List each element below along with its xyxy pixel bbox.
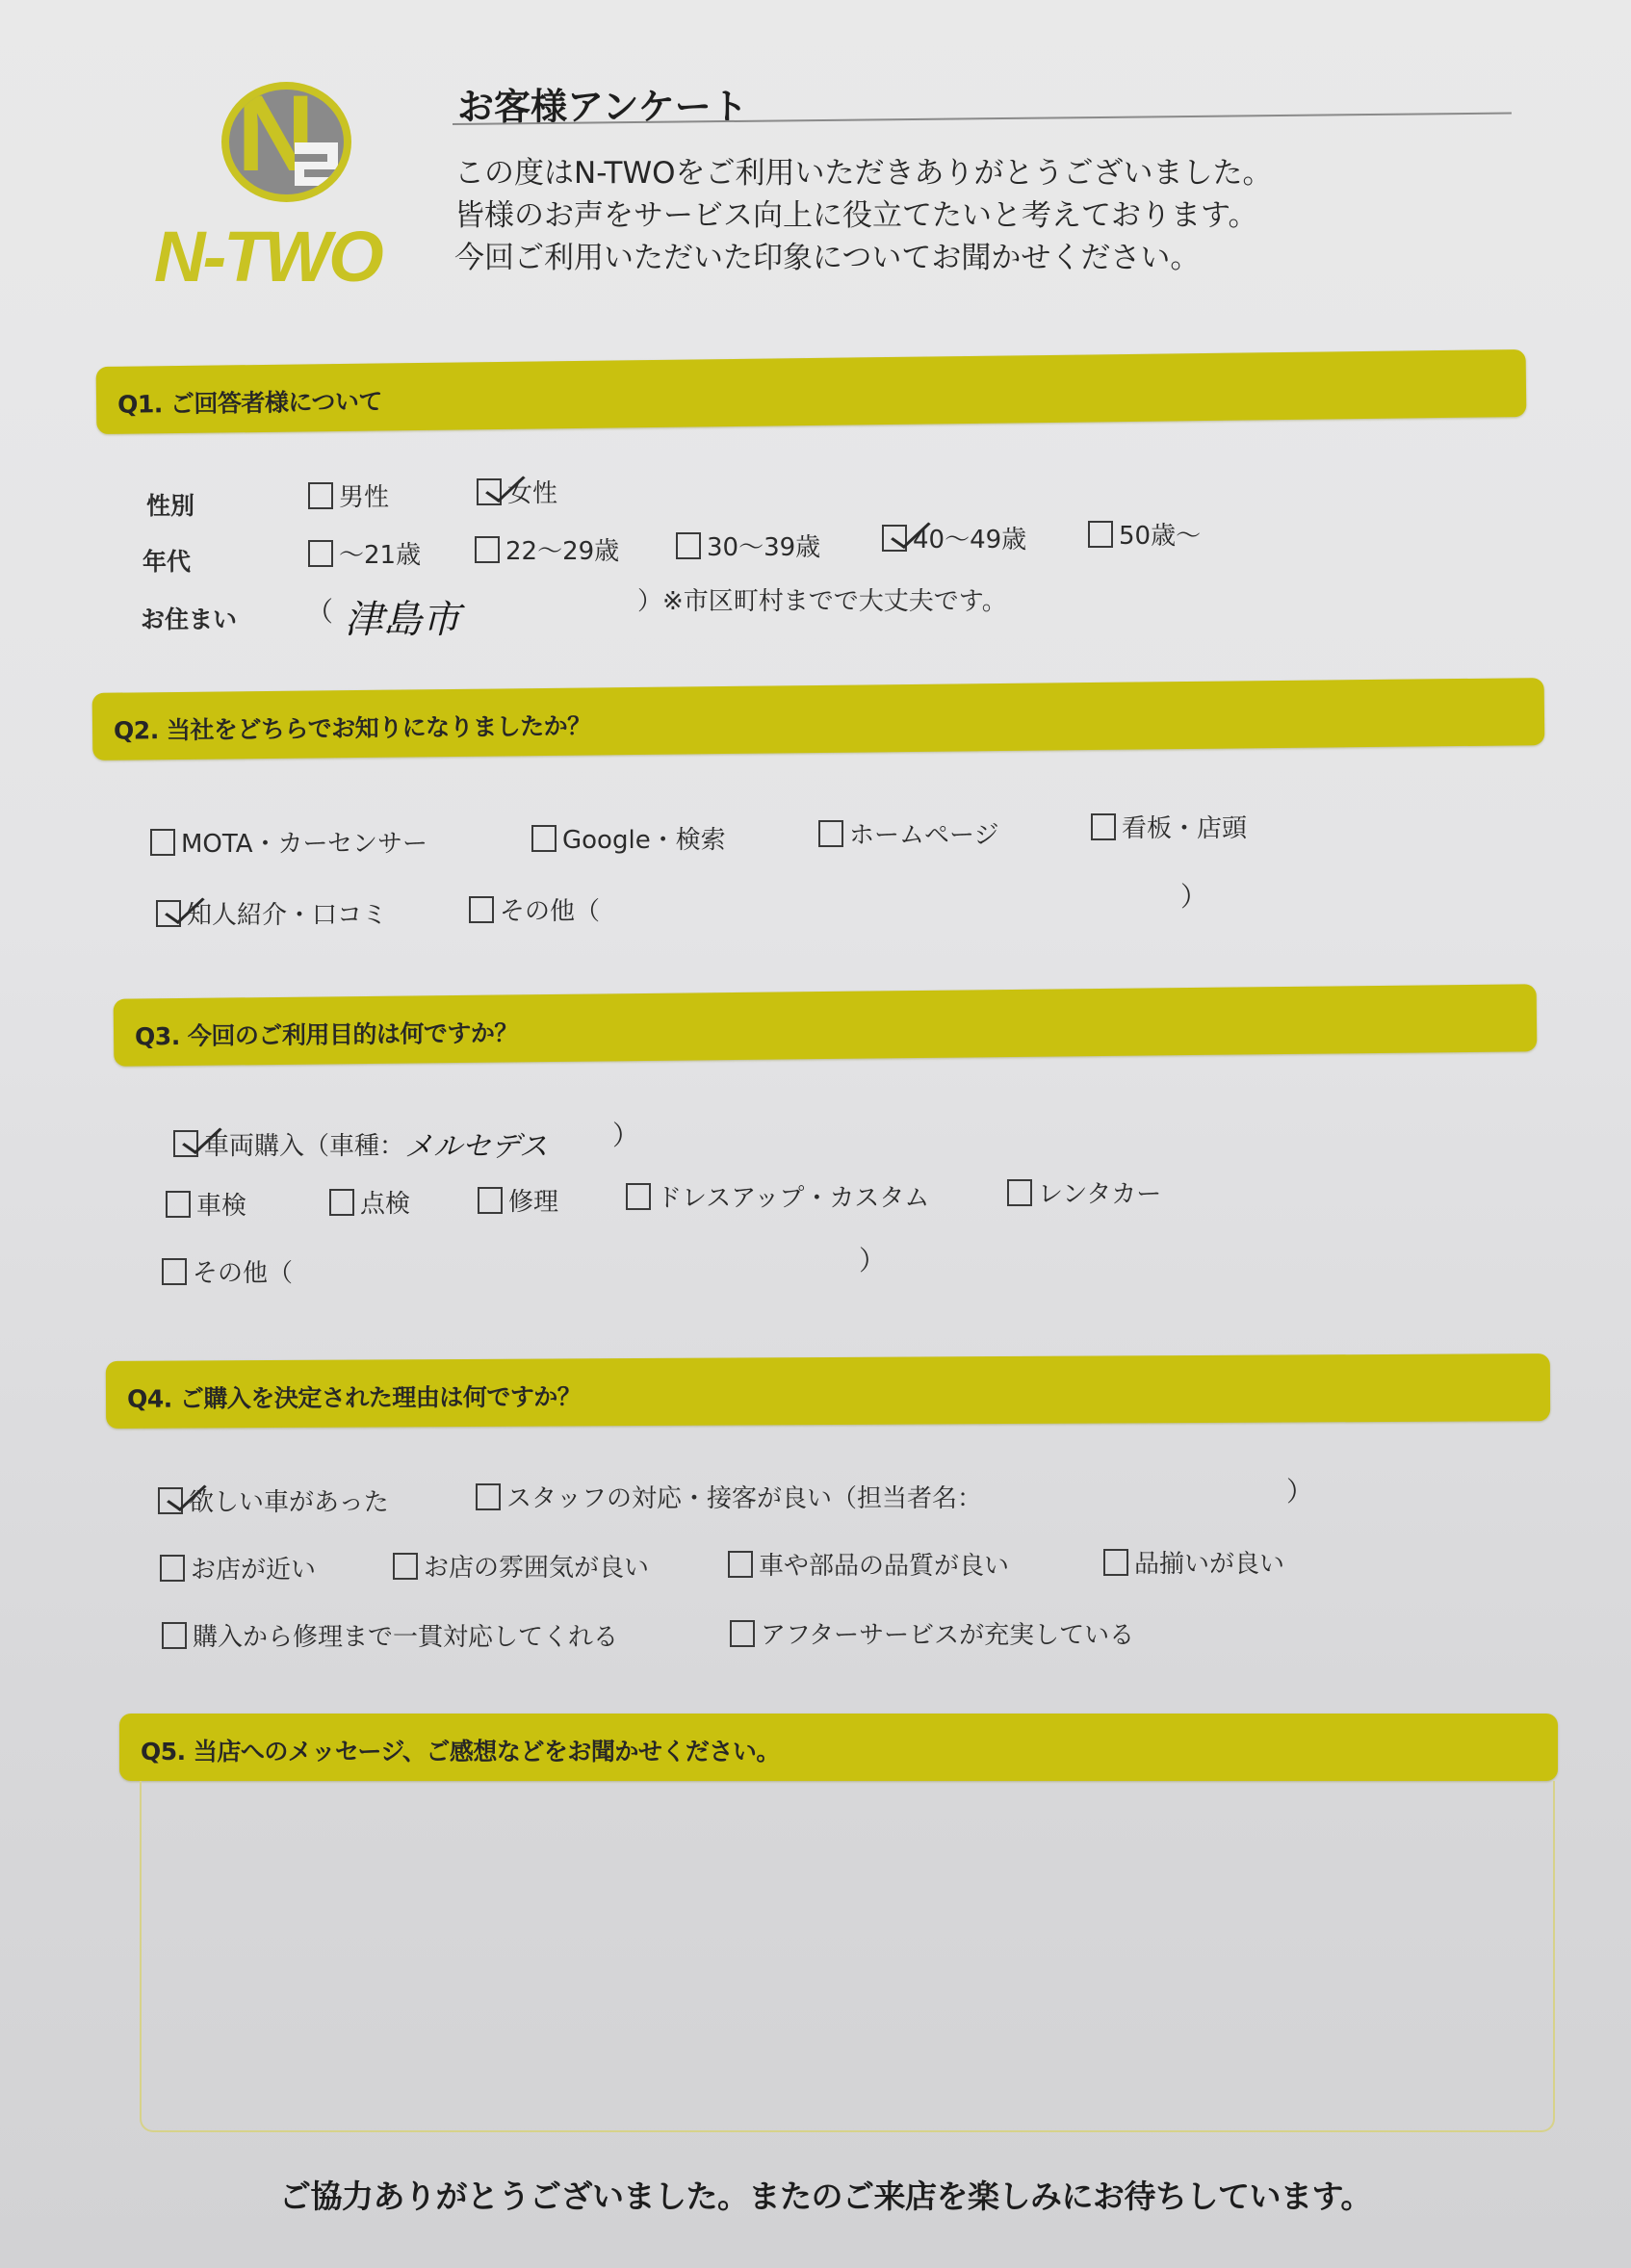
message-textarea[interactable] bbox=[140, 1781, 1555, 2132]
checkbox-option-after-service[interactable]: アフターサービスが充実している bbox=[730, 1615, 1134, 1651]
checkbox-checked[interactable] bbox=[882, 525, 907, 552]
checkbox[interactable] bbox=[476, 1483, 501, 1510]
checkbox[interactable] bbox=[475, 536, 500, 563]
checkbox-option-age-30-39[interactable]: 30～39歳 bbox=[676, 528, 820, 563]
option-label: 50歳～ bbox=[1119, 516, 1201, 552]
checkbox-option-shaken[interactable]: 車検 bbox=[166, 1186, 246, 1222]
section-header-q1: Q1. ご回答者様について bbox=[96, 349, 1527, 434]
other-close-paren: ） bbox=[1180, 876, 1207, 915]
age-label: 年代 bbox=[142, 543, 191, 578]
section-header-q5: Q5. 当店へのメッセージ、ご感想などをお聞かせください。 bbox=[119, 1714, 1558, 1781]
checkbox-option-dressup[interactable]: ドレスアップ・カスタム bbox=[626, 1178, 929, 1214]
checkbox[interactable] bbox=[531, 825, 557, 852]
logo-two-glyph bbox=[295, 142, 338, 186]
checkbox-option-other[interactable]: その他（ bbox=[162, 1253, 293, 1289]
section-header-q3: Q3. 今回のご利用目的は何ですか？ bbox=[114, 984, 1538, 1066]
other-close-paren: ） bbox=[859, 1240, 886, 1278]
option-label: 車や部品の品質が良い bbox=[759, 1546, 1009, 1582]
intro-line: 皆様のお声をサービス向上に役立てたいと考えております。 bbox=[454, 194, 1273, 237]
checkbox-option-signboard[interactable]: 看板・店頭 bbox=[1091, 809, 1247, 844]
checkbox[interactable] bbox=[469, 896, 494, 923]
checkbox-checked[interactable] bbox=[173, 1130, 198, 1157]
footer-thanks: ご協力ありがとうございました。またのご来店を楽しみにお待ちしています。 bbox=[279, 2172, 1372, 2217]
checkbox-option-quality[interactable]: 車や部品の品質が良い bbox=[728, 1546, 1009, 1582]
checkbox-option-other[interactable]: その他（ bbox=[469, 891, 600, 927]
checkbox-checked[interactable] bbox=[158, 1487, 183, 1514]
option-label: 30～39歳 bbox=[707, 528, 820, 563]
staff-close-paren: ） bbox=[1286, 1471, 1313, 1509]
residence-field[interactable]: 津島市 bbox=[345, 589, 460, 644]
checkbox[interactable] bbox=[308, 482, 333, 509]
intro-line: この度はN-TWOをご利用いただきありがとうございました。 bbox=[454, 152, 1273, 194]
checkbox[interactable] bbox=[676, 532, 701, 559]
option-label: アフターサービスが充実している bbox=[761, 1615, 1134, 1651]
option-label: 40～49歳 bbox=[913, 520, 1026, 555]
checkbox-option-staff[interactable]: スタッフの対応・接客が良い（担当者名： bbox=[476, 1479, 982, 1514]
option-label: ホームページ bbox=[849, 815, 998, 851]
checkbox[interactable] bbox=[1007, 1179, 1032, 1206]
vehicle-close-paren: ） bbox=[612, 1115, 639, 1153]
option-label: MOTA・カーセンサー bbox=[181, 824, 427, 860]
checkbox[interactable] bbox=[162, 1622, 187, 1649]
section-header-q4: Q4. ご購入を決定された理由は何ですか？ bbox=[106, 1353, 1550, 1429]
checkbox[interactable] bbox=[478, 1187, 503, 1214]
checkbox-option-google[interactable]: Google・検索 bbox=[531, 820, 726, 856]
checkbox-option-atmosphere[interactable]: お店の雰囲気が良い bbox=[393, 1548, 649, 1584]
option-label: 購入から修理まで一貫対応してくれる bbox=[193, 1617, 618, 1653]
option-label: その他（ bbox=[500, 891, 600, 927]
residence-label: お住まい bbox=[141, 601, 237, 635]
option-label: 欲しい車があった bbox=[189, 1482, 389, 1518]
section-title: Q5. 当店へのメッセージ、ご感想などをお聞かせください。 bbox=[141, 1733, 780, 1767]
checkbox-option-homepage[interactable]: ホームページ bbox=[818, 815, 998, 851]
option-label: 車検 bbox=[196, 1186, 246, 1222]
checkbox[interactable] bbox=[150, 829, 175, 856]
n-two-logo: N N-TWO bbox=[144, 77, 424, 308]
checkbox-option-near[interactable]: お店が近い bbox=[160, 1550, 316, 1585]
bleed-through-text bbox=[173, 645, 202, 687]
checkbox-option-selection[interactable]: 品揃いが良い bbox=[1103, 1544, 1284, 1580]
checkbox-option-inspection[interactable]: 点検 bbox=[329, 1184, 410, 1220]
option-label: 品揃いが良い bbox=[1134, 1544, 1284, 1580]
survey-form-sheet: N N-TWO お客様アンケート この度はN-TWOをご利用いただきありがとうご… bbox=[0, 0, 1631, 2268]
residence-note: ）※市区町村までで大丈夫です。 bbox=[637, 581, 1007, 617]
checkbox-option-rental[interactable]: レンタカー bbox=[1007, 1174, 1161, 1210]
checkbox[interactable] bbox=[166, 1191, 191, 1218]
section-header-q2: Q2. 当社をどちらでお知りになりましたか？ bbox=[92, 678, 1545, 760]
checkbox[interactable] bbox=[1088, 521, 1113, 548]
option-label: 看板・店頭 bbox=[1122, 809, 1247, 844]
checkbox[interactable] bbox=[160, 1555, 185, 1582]
vehicle-model-field[interactable]: メルセデス bbox=[404, 1122, 548, 1165]
checkbox[interactable] bbox=[728, 1551, 753, 1578]
option-label: ～21歳 bbox=[339, 535, 421, 571]
section-title: Q1. ご回答者様について bbox=[117, 382, 382, 420]
option-label: 修理 bbox=[508, 1182, 558, 1218]
checkbox[interactable] bbox=[1103, 1549, 1128, 1576]
checkbox[interactable] bbox=[393, 1553, 418, 1580]
option-label: 点検 bbox=[360, 1184, 410, 1220]
checkbox-checked[interactable] bbox=[477, 478, 502, 505]
checkbox[interactable] bbox=[1091, 813, 1116, 840]
checkbox[interactable] bbox=[626, 1183, 651, 1210]
checkbox-option-mota[interactable]: MOTA・カーセンサー bbox=[150, 824, 427, 860]
option-label: レンタカー bbox=[1038, 1174, 1161, 1210]
section-title: Q4. ご購入を決定された理由は何ですか？ bbox=[127, 1378, 582, 1414]
checkbox[interactable] bbox=[162, 1258, 187, 1285]
option-label: 車両購入（車種： bbox=[204, 1126, 404, 1162]
checkbox[interactable] bbox=[308, 540, 333, 567]
checkbox-option-female[interactable]: 女性 bbox=[477, 474, 557, 509]
checkbox-option-male[interactable]: 男性 bbox=[308, 477, 389, 513]
option-label: その他（ bbox=[193, 1253, 293, 1289]
section-title: Q2. 当社をどちらでお知りになりましたか？ bbox=[114, 707, 591, 746]
checkbox-option-referral[interactable]: 知人紹介・口コミ bbox=[156, 895, 387, 931]
checkbox-option-age-50plus[interactable]: 50歳～ bbox=[1088, 516, 1201, 552]
logo-emblem-icon: N bbox=[221, 82, 351, 202]
checkbox-checked[interactable] bbox=[156, 900, 181, 927]
option-label: 22～29歳 bbox=[505, 531, 619, 567]
checkbox[interactable] bbox=[730, 1620, 755, 1647]
option-label: ドレスアップ・カスタム bbox=[657, 1178, 929, 1214]
option-label: お店が近い bbox=[191, 1550, 316, 1585]
option-label: スタッフの対応・接客が良い（担当者名： bbox=[506, 1479, 982, 1514]
intro-line: 今回ご利用いただいた印象についてお聞かせください。 bbox=[454, 237, 1273, 279]
checkbox[interactable] bbox=[818, 820, 843, 847]
section-title: Q3. 今回のご利用目的は何ですか？ bbox=[135, 1014, 518, 1052]
checkbox[interactable] bbox=[329, 1189, 354, 1216]
option-label: Google・検索 bbox=[562, 820, 726, 856]
option-label: お店の雰囲気が良い bbox=[424, 1548, 649, 1584]
intro-text: この度はN-TWOをご利用いただきありがとうございました。 皆様のお声をサービス… bbox=[454, 152, 1273, 279]
checkbox-option-wanted-car[interactable]: 欲しい車があった bbox=[158, 1482, 389, 1518]
checkbox-option-age-22-29[interactable]: 22～29歳 bbox=[475, 531, 619, 567]
logo-wordmark: N-TWO bbox=[154, 221, 381, 293]
option-label: 男性 bbox=[339, 477, 389, 513]
checkbox-option-one-stop[interactable]: 購入から修理まで一貫対応してくれる bbox=[162, 1617, 618, 1653]
checkbox-option-age-40-49[interactable]: 40～49歳 bbox=[882, 520, 1026, 555]
checkbox-option-vehicle-purchase[interactable]: 車両購入（車種： メルセデス bbox=[173, 1122, 548, 1165]
checkbox-option-age-under21[interactable]: ～21歳 bbox=[308, 535, 421, 571]
checkbox-option-repair[interactable]: 修理 bbox=[478, 1182, 558, 1218]
gender-label: 性別 bbox=[146, 487, 194, 522]
option-label: 知人紹介・口コミ bbox=[187, 895, 387, 931]
residence-open-paren: （ bbox=[306, 591, 333, 630]
